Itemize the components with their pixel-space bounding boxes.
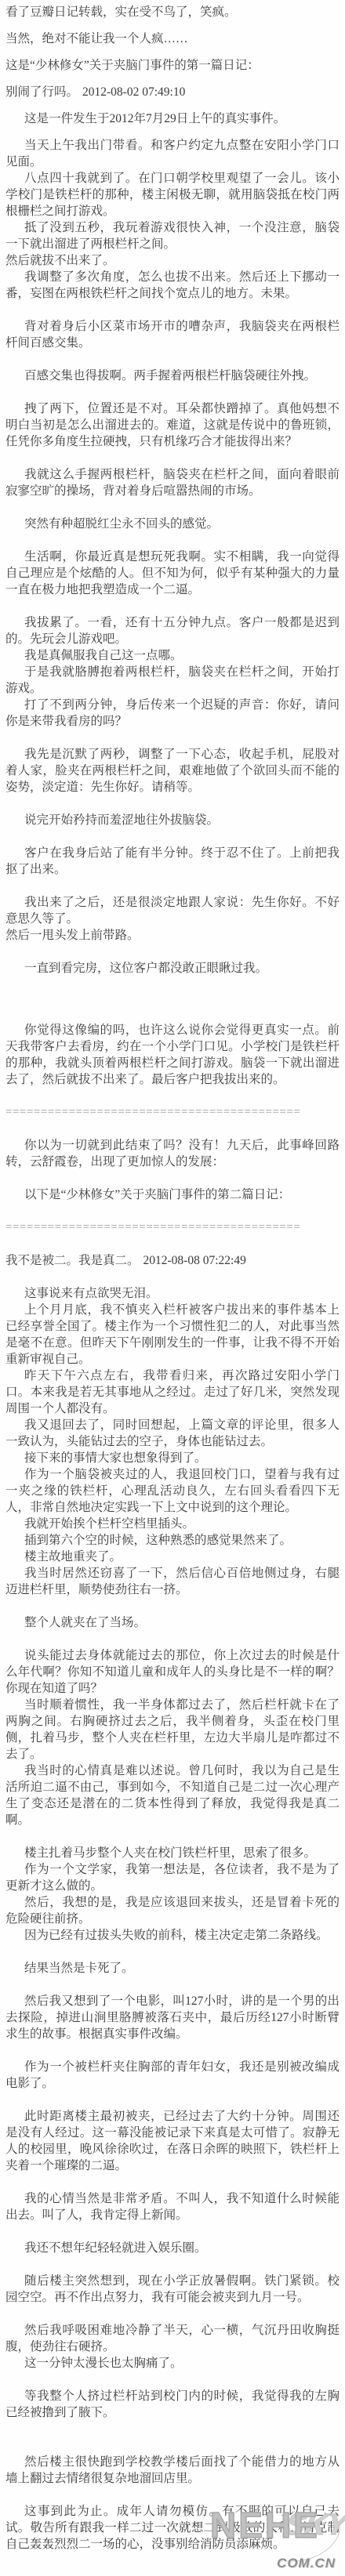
text-paragraph: 百感交集也得拔啊。两手握着两根栏杆脑袋硬往外拽。 [5,368,340,384]
text-paragraph: 我就这么手握两根栏杆，脑袋夹在栏杆之间，面向着眼前寂寥空旷的操场，背对着身后喧嚣… [5,466,340,499]
text-paragraph: 这事说来有点欲哭无泪。 [5,1285,340,1302]
text-paragraph: 上个月月底，我不慎夹入栏杆被客户拔出来的事件基本上已经享誉全国了。楼主作为一个习… [5,1302,340,1368]
text-paragraph: 楼主扎着马步整个人夹在校门铁栏杆里，思索了很多。 [5,1845,340,1861]
text-paragraph: 作为一个被栏杆夹住胸部的青年妇女，我还是别被改编成电影了。 [5,2059,340,2092]
text-paragraph: 接下来的事情大家也想象得到了。 [5,1450,340,1466]
text-paragraph: 我是真佩服我自己这一点哪。 [5,647,340,664]
text-paragraph: 我又退回去了，同时回想起，上篇文章的评论里，很多人一致认为，头能钻过去的空子，身… [5,1417,340,1450]
diary-title: 别闹了行吗。2012-08-02 07:49:10 [5,84,340,100]
text-paragraph: 等我整个人挤过栏杆站到校门内的时候，我觉得我的左胸已经被撸到了腋下。 [5,2388,340,2421]
text-paragraph: 突然有种超脱红尘永不回头的感觉。 [5,516,340,532]
text-paragraph: 我还不想年纪轻轻就进入娱乐圈。 [5,2240,340,2256]
section-divider: ========================================… [5,1219,300,1236]
text-paragraph: 昨天下午六点左右，我带看归来，再次路过安阳小学门口。本来我是若无其事地从之经过。… [5,1368,340,1417]
text-paragraph: 然后楼主很快跑到学校教学楼后面找了个能借力的地方从墙上翻过去情绪很复杂地溜回店里… [5,2454,340,2487]
text-paragraph: 背对着身后小区菜市场开市的嘈杂声，我脑袋夹在两根栏杆间百感交集。 [5,318,340,351]
text-paragraph: 当天上午我出门带看。和客户约定九点整在安阳小学门口见面。 [5,137,340,170]
diary-title-text: 别闹了行吗。 [5,85,78,99]
watermark-domain: COM.CN [277,2555,336,2571]
text-paragraph: 拽了两下，位置还是不对。耳朵都快蹭掉了。真他妈想不明白当初是怎么出溜进去的。难道… [5,400,340,450]
diary-title-text: 我不是被二。我是真二。 [5,1254,140,1267]
text-paragraph: 这事到此为止。成年人请勿模仿。有不服的可以自己去试。敬告所有跟我一样二过一次就想… [5,2503,340,2552]
text-paragraph: 这是“少林修女”关于夹脑门事件的第一篇日记： [5,57,340,74]
text-paragraph: 然后就拔不出来了。 [5,252,340,269]
text-paragraph: 然后我又想到了一个电影，叫127小时，讲的是一个男的出去探险，掉进山涧里胳膊被落… [5,1993,340,2042]
text-paragraph: 我先是沉默了两秒，调整了一下心态，收起手机，屁股对着人家，脸夹在两根栏杆之间，艰… [5,746,340,795]
text-paragraph: 然后，我想的是，我是应该退回来拔头，还是冒着卡死的危险硬往前挤。 [5,1894,340,1927]
text-paragraph: 作为一个文学家，我第一想法是，各位读者，我不是为了更新才这么做的。 [5,1861,340,1894]
text-paragraph: 我当时的心情真是难以述说。曾几何时，我以为自己是生活所迫二逼不由己，事到如今，不… [5,1763,340,1828]
text-paragraph: 抵了没到五秒，我玩着游戏很快入神，一个没注意，脑袋一下就出溜进了两根栏杆之间。 [5,219,340,252]
text-paragraph: 这一分钟太漫长也太胸痛了。 [5,2355,340,2371]
text-paragraph: 作为一个脑袋被夹过的人，我退回校门口，望着与我有过一夹之缘的铁栏杆，心理乱活动良… [5,1466,340,1516]
text-paragraph: 于是我就胳膊抱着两根栏杆，脑袋夹在栏杆之间，开始打游戏。 [5,664,340,697]
text-paragraph: 客户在我身后站了能有半分钟。终于忍不住了。上前把我抠了出来。 [5,845,340,878]
diary-title: 我不是被二。我是真二。2012-08-08 07:22:49 [5,1252,340,1269]
text-paragraph: 随后楼主突然想到，现在小学正放暑假啊。铁门紧锁。校园空空。再不作出点努力，我有可… [5,2273,340,2306]
text-paragraph: 整个人就夹在了当场。 [5,1614,340,1631]
diary-datetime: 2012-08-08 07:22:49 [143,1254,246,1267]
text-paragraph: 当然，绝对不能让我一个人疯…… [5,31,340,47]
text-paragraph: 我的心情当然是非常矛盾。不叫人，我不知道什么时候能出去。叫了人，我肯定得上新闻。 [5,2190,340,2223]
section-divider: ========================================… [5,1104,300,1121]
diary-datetime: 2012-08-02 07:49:10 [82,85,185,99]
text-paragraph: 你觉得这像编的吗，也许这么说你会觉得更真实一点。前天我带客户去看房，约在一个小学… [5,1022,340,1088]
text-paragraph: 我拔累了。一看，还有十五分钟九点。客户一般都是迟到的。先玩会儿游戏吧。 [5,614,340,647]
article-content: 看了豆瓣日记转载，实在受不鸟了，笑疯。当然，绝对不能让我一个人疯……这是“少林修… [5,4,340,2552]
text-paragraph: 我出来了之后，还是很淡定地跟人家说：先生你好。不好意思久等了。 [5,894,340,927]
text-paragraph: 然后一甩头发上前带路。 [5,927,340,944]
text-paragraph: 八点四十我就到了。在门口朝学校里观望了一会儿。该小学校门是铁栏杆的那种，楼主闲极… [5,170,340,219]
text-paragraph: 我就开始挨个栏杆空档里插头。 [5,1516,340,1532]
text-paragraph: 我调整了多次角度，怎么也拔不出来。然后还上下挪动一番，妄图在两根铁栏杆之间找个宽… [5,269,340,302]
text-paragraph: 说完开始矜持而羞涩地往外拔脑袋。 [5,812,340,828]
text-paragraph: 然后我呼吸困难地冷静了半天，心一横，气沉丹田收胸挺腹，使劲往右硬挤。 [5,2322,340,2355]
text-paragraph: 说头能过去身体就能过去的那位，你上次过去的时候是什么年代啊？你知不知道儿童和成年… [5,1647,340,1697]
text-paragraph: 你以为一切就到此结束了吗？没有！九天后，此事峰回路转，云舒霞卷，出现了更加惊人的… [5,1137,340,1170]
text-paragraph: 生活啊，你最近真是想玩死我啊。实不相瞒，我一向觉得自己理应是个炫酷的人。但不知为… [5,549,340,598]
text-paragraph: 插到第六个空的时候，这种熟悉的感觉果然来了。 [5,1532,340,1549]
text-paragraph: 看了豆瓣日记转载，实在受不鸟了，笑疯。 [5,4,340,20]
text-paragraph: 以下是“少林修女”关于夹脑门事件的第二篇日记： [5,1187,340,1203]
text-paragraph: 打了不到两分钟，身后传来一个迟疑的声音：你好，请问你是来带我看房的吗？ [5,697,340,730]
text-paragraph: 我当时居然还窃喜了一下，然后信心百倍地侧过身，右腿迈进栏杆里，顺势使劲往右一挤。 [5,1565,340,1598]
text-paragraph: 当时顺着惯性，我一半身体都过去了，然后栏杆就卡在了两胸之间。右胸硬挤过去之后，我… [5,1697,340,1763]
text-paragraph: 楼主故地重夹了。 [5,1549,340,1565]
text-paragraph: 此时距离楼主最初被夹，已经过去了大约十分钟。周围还是没有人经过。这一幕没能被记录… [5,2108,340,2174]
article-page: 看了豆瓣日记转载，实在受不鸟了，笑疯。当然，绝对不能让我一个人疯……这是“少林修… [0,0,345,2576]
text-paragraph: 一直到看完房，这位客户都没敢正眼瞅过我。 [5,960,340,976]
text-paragraph: 因为已经有过拔头失败的前科，楼主决定走第二条路线。 [5,1927,340,1944]
text-paragraph: 结果当然是卡死了。 [5,1960,340,1976]
text-paragraph: 这是一件发生于2012年7月29日上午的真实事件。 [5,111,340,127]
